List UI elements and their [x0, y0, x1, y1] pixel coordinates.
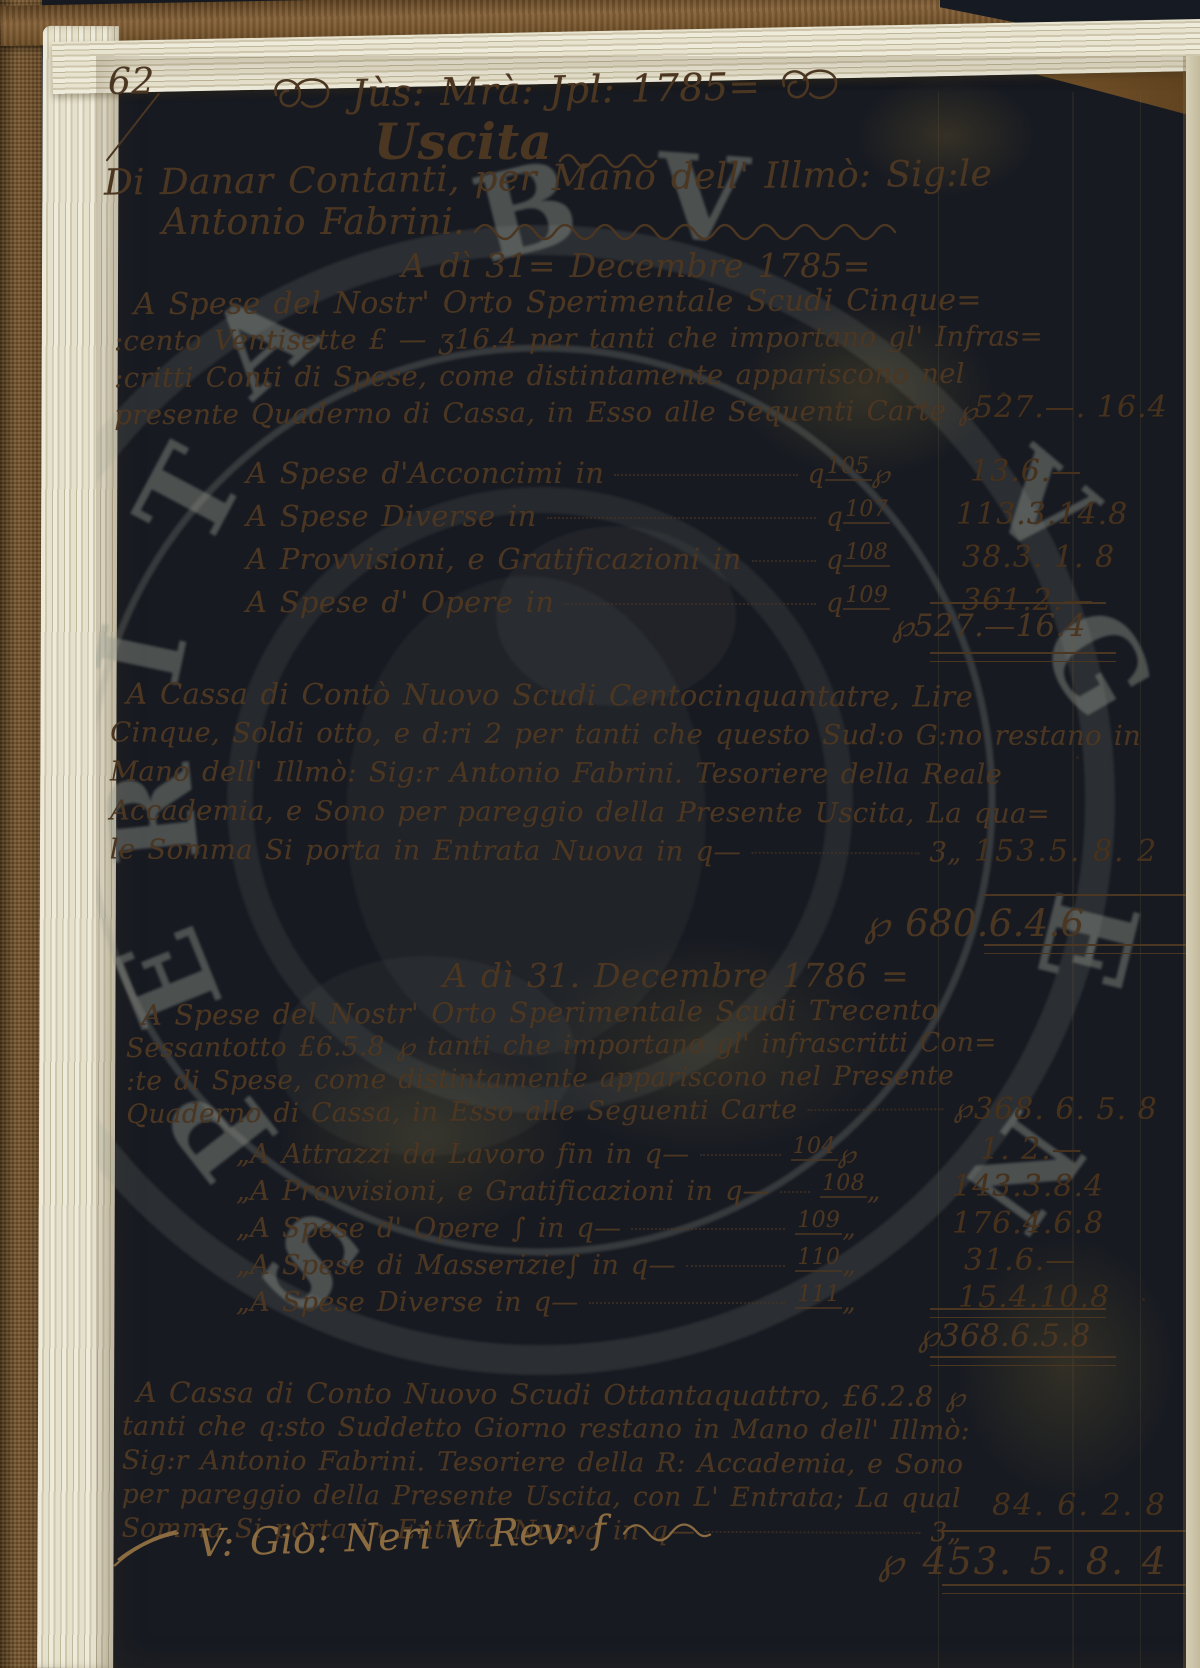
- item-page-ref: q109: [826, 577, 890, 623]
- opening-paragraph-1785: A Spese del Nostr' Orto Sperimentale Scu…: [114, 282, 975, 435]
- leader-dots: [705, 1531, 920, 1534]
- ref-suffix: ℘: [872, 460, 890, 490]
- paragraph-line: :critti Conti di Spese, come distintamen…: [114, 356, 974, 398]
- page-ref-number: 107: [843, 497, 890, 524]
- paragraph-line: Mano dell' Illmò: Sig:r Antonio Fabrini.…: [110, 753, 962, 795]
- entrata-page-ref: 3„: [929, 833, 961, 872]
- leader-dots: [752, 560, 817, 562]
- manuscript-photo: { "page_number": "62", "q_mark": "q", "c…: [0, 0, 1200, 1668]
- subtotal-double-rule: [930, 1308, 1106, 1318]
- subtotal-1786: ℘368.6.5.8: [918, 1318, 1091, 1354]
- item-amount: 31.6.—: [964, 1243, 1076, 1278]
- item-page-ref: 111„: [795, 1276, 856, 1322]
- item-label: A Spese Diverse in: [246, 498, 537, 535]
- flourish-underline-icon: [473, 219, 903, 243]
- ledger-item-row: A Provvisioni, e Gratificazioni in q108: [246, 534, 890, 580]
- page-ref-number: 108: [820, 1171, 867, 1198]
- page-ref-number: 111: [795, 1282, 842, 1309]
- flourish-icon: [269, 72, 334, 117]
- paragraph-line: Accademia, e Sono per pareggio della Pre…: [110, 792, 962, 834]
- leader-dots: [589, 1302, 786, 1304]
- manuscript-page: B V A T I R E P S V G E N 62 Jùs: Mrà: J…: [96, 56, 1200, 1668]
- item-page-ref: q105℘: [808, 448, 890, 494]
- item-amount: 1. 2.—: [980, 1132, 1083, 1167]
- currency-mark: ℘: [953, 1092, 972, 1125]
- paragraph-line: :te di Spese, come distintamente apparis…: [126, 1059, 972, 1098]
- item-label: A Spese d'Acconcimi in: [246, 455, 604, 492]
- item-page-ref: q108: [826, 534, 890, 580]
- subtitle-line-2: Antonio Fabrini.: [162, 202, 465, 243]
- ledger-item-row: „A Spese Diverse in q— 111„: [236, 1276, 856, 1322]
- leader-dots: [614, 474, 798, 476]
- paragraph-line-with-leader: le Somma Si porta in Entrata Nuova in q—…: [110, 831, 962, 873]
- opening-paragraph-1786: A Spese del Nostr' Orto Sperimentale Scu…: [126, 993, 973, 1131]
- ledger-column-rule: [1072, 92, 1074, 1668]
- paragraph-line: Cinque, Soldi otto, e d:ri 2 per tanti c…: [110, 714, 962, 756]
- paragraph-line: tanti che q:sto Suddetto Giorno restano …: [122, 1410, 962, 1448]
- paragraph-line: A Spese del Nostr' Orto Sperimentale Scu…: [114, 282, 974, 324]
- opening-amount-1786: 368. 6. 5. 8: [974, 1092, 1158, 1127]
- leader-dots: [780, 1191, 810, 1193]
- page-ref-number: 108: [843, 540, 890, 567]
- leader-dots: [700, 1154, 781, 1156]
- total-rule: [984, 894, 1196, 896]
- leader-dots: [631, 1228, 785, 1230]
- ink-speck: [1076, 756, 1079, 759]
- ledger-item-row: A Spese d'Acconcimi in q105℘: [246, 448, 890, 494]
- item-amount: 13.6.—: [970, 454, 1082, 489]
- opening-amount-1785: 527.—. 16.4: [974, 390, 1168, 425]
- cassa-paragraph-1785: A Cassa di Contò Nuovo Scudi Centocinqua…: [110, 675, 963, 873]
- item-label: A Spese d' Opere in: [246, 584, 554, 621]
- signature-swash-icon: [112, 1527, 183, 1569]
- total-double-rule: [984, 944, 1198, 954]
- leader-dots: [751, 852, 919, 855]
- leader-dots: [564, 603, 816, 605]
- ledger-item-row: A Spese Diverse in q107: [246, 491, 890, 537]
- page-ref-number: 104: [791, 1134, 838, 1161]
- leader-dots: [686, 1265, 786, 1267]
- q-mark: q: [826, 589, 843, 619]
- item-amount: 38.3. 1. 8: [962, 540, 1115, 575]
- signature-flourish-icon: [622, 1517, 713, 1546]
- cassa-amount-1786: 84. 6. 2. 8: [992, 1488, 1167, 1523]
- page-ref-number: 110: [795, 1245, 842, 1272]
- final-total-rule: [942, 1530, 1194, 1532]
- subtotal-rule: [930, 602, 1106, 604]
- stamp-letter: T: [117, 431, 262, 564]
- date-heading-1785: A dì 31= Decembre 1785=: [306, 246, 966, 285]
- item-amount: 176.4.6.8: [952, 1206, 1104, 1241]
- subtitle-row-2: Antonio Fabrini.: [162, 202, 903, 243]
- folio-number: 62: [108, 62, 154, 103]
- item-amount: 143.3.8.4: [952, 1169, 1104, 1204]
- ledger-column-rule: [1140, 92, 1141, 1668]
- q-mark: q: [808, 460, 825, 490]
- final-total-double-rule: [942, 1584, 1196, 1594]
- paragraph-line: Sig:r Antonio Fabrini. Tesoriere della R…: [122, 1444, 962, 1482]
- header-invocation-row: Jùs: Mrà: Jpl: 1785=: [256, 63, 857, 117]
- q-mark: q: [826, 546, 843, 576]
- invocation-text: Jùs: Mrà: Jpl: 1785=: [351, 64, 761, 115]
- ink-speck: [1142, 1298, 1145, 1301]
- leader-dots: [807, 1108, 943, 1111]
- subtotal-1785: ℘527.—16.4: [892, 608, 1086, 644]
- paragraph-line: A Cassa di Contò Nuovo Scudi Centocinqua…: [110, 675, 962, 717]
- subtotal-double-rule: [930, 1356, 1116, 1366]
- paragraph-line: Quaderno di Cassa, in Esso alle Seguenti…: [126, 1093, 797, 1131]
- page-ref-number: 109: [795, 1208, 842, 1235]
- item-page-ref: q107: [826, 491, 890, 537]
- item-amount: 113.3.14.8: [956, 497, 1128, 532]
- date-heading-1786: A dì 31. Decembre 1786 =: [356, 956, 996, 995]
- paragraph-line: :cento Ventisette £ — ʒ16.4 per tanti ch…: [114, 319, 974, 361]
- total-1785: ℘ 680.6.4.6: [864, 902, 1084, 945]
- ref-suffix: „: [867, 1177, 881, 1207]
- subtotal-double-rule: [930, 652, 1116, 662]
- final-total: ℘ 453. 5. 8. 4: [878, 1540, 1167, 1583]
- leader-dots: [547, 517, 817, 519]
- page-ref-number: 109: [843, 583, 890, 610]
- paragraph-line-with-leader: Quaderno di Cassa, in Esso alle Seguenti…: [126, 1092, 972, 1131]
- q-mark: q: [826, 503, 843, 533]
- ref-suffix: „: [842, 1288, 856, 1318]
- paragraph-line: A Cassa di Conto Nuovo Scudi Ottantaquat…: [122, 1376, 962, 1414]
- ledger-item-row: A Spese d' Opere in q109: [246, 577, 890, 623]
- subtitle-line-1: Di Danar Contanti, per Mano dell' Illmò:…: [104, 153, 992, 203]
- page-ref-number: 105: [825, 454, 872, 481]
- item-label: A Provvisioni, e Gratificazioni in: [246, 541, 742, 578]
- paragraph-line: presente Quaderno di Cassa, in Esso alle…: [114, 393, 974, 435]
- item-label: „A Spese Diverse in q—: [236, 1284, 579, 1321]
- cassa-amount-1785: 153.5. 8. 2: [974, 834, 1158, 869]
- paragraph-line: le Somma Si porta in Entrata Nuova in q—: [110, 831, 742, 872]
- page-right-edge: [1186, 56, 1200, 1668]
- flourish-icon: [778, 63, 843, 108]
- book-spine-leather: [0, 0, 42, 1668]
